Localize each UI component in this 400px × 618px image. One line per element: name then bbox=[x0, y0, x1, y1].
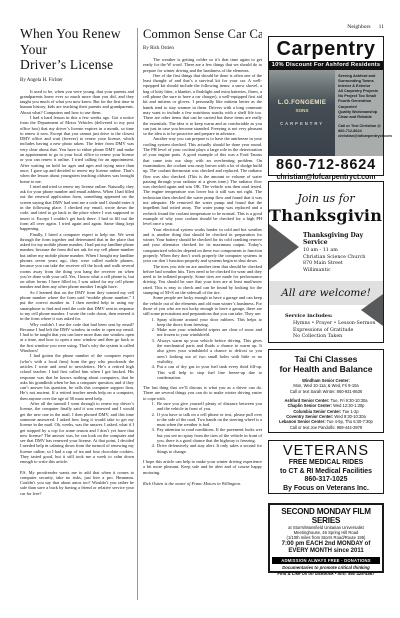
truck-sons-label: SONS bbox=[269, 108, 335, 113]
paragraph: The last thing that we’ll discuss is wha… bbox=[143, 385, 262, 401]
paragraph: Another way you can prepare is to have t… bbox=[143, 136, 262, 226]
title-line-1: When You Renew Your bbox=[20, 26, 134, 57]
postscript: P.S. My proofreader wants me to add that… bbox=[20, 470, 134, 496]
paragraph: One of the first things that should be d… bbox=[143, 73, 262, 137]
windham-schedule: Windham Senior Center: Mon, Wed 10-11a; … bbox=[269, 378, 383, 394]
byline: By Angela H. Fichter bbox=[20, 78, 134, 83]
carpentry-ad: Carpentry 10% Discount For Ashford Resid… bbox=[268, 36, 384, 176]
list-item: If you have to talk on a cell phone or t… bbox=[156, 412, 262, 428]
list-item: Always warm up your vehicle before drivi… bbox=[156, 338, 262, 364]
tai-chi-title: Tai Chi Classes for Health and Balance bbox=[269, 355, 383, 374]
byline: By Rick Ostien bbox=[143, 46, 262, 51]
includes-item: No Collection Taken bbox=[293, 334, 383, 340]
veterans-phone: 860-317-1025 bbox=[269, 476, 383, 485]
center-times: Tue 1-2p bbox=[341, 409, 358, 414]
service-item: Clean and Reliable bbox=[338, 115, 381, 120]
truck-company-name: L.O.FONGEMIE bbox=[269, 100, 335, 106]
right-triangle-decoration bbox=[361, 294, 383, 326]
list-item: Drive defensively and stay alert. It onl… bbox=[156, 443, 262, 454]
center-times: Tue 4-5p, Thu 6:30-7:30p bbox=[326, 419, 373, 424]
page-header: Neighbors11 bbox=[280, 24, 384, 30]
paragraph: I had gotten the phone number of the com… bbox=[20, 353, 134, 401]
paragraph: Why couldn’t I use the code that had bee… bbox=[20, 322, 134, 354]
other-centers-schedule: Ashford Senior Center: Tue, Fri 9:30-10:… bbox=[269, 398, 383, 430]
tai-chi-ad: Tai Chi Classes for Health and Balance W… bbox=[268, 349, 384, 433]
center-times: Tue, Fri 9:30-10:30a bbox=[330, 398, 368, 403]
center-line: Lebanon Senior Center: Tue 4-5p, Thu 6:3… bbox=[269, 419, 383, 424]
list-item: Spray silicone around your door rubbers.… bbox=[156, 317, 262, 328]
veterans-title: VETERANS bbox=[269, 444, 383, 459]
section-label: Neighbors bbox=[347, 24, 370, 30]
service-item: Serving Ashford and Surrounding Towns bbox=[338, 74, 381, 84]
service-title: Thanksgiving Day Service bbox=[303, 232, 383, 246]
carpentry-photo-row: L.O.FONGEMIE SONS CARPENTRY Serving Ashf… bbox=[269, 70, 383, 156]
paragraph: The tires you ride on are another item t… bbox=[143, 264, 262, 296]
church-address: 870 Main Street bbox=[303, 261, 383, 268]
author-credit: Rick Ostien is the owner of Franc Motors… bbox=[143, 481, 262, 486]
veterans-line: FREE MEDICAL RIDES bbox=[269, 459, 383, 468]
church-city: Willimantic bbox=[303, 268, 383, 275]
paragraph: After all the turmoil I went through to … bbox=[20, 401, 134, 465]
paragraph: Some people are lucky enough to have a g… bbox=[143, 295, 262, 316]
tai-chi-contact: Call or text Joe Pandolfo: 959-444-3979 bbox=[269, 425, 383, 430]
newspaper-page: When You Renew Your Driver’s License By … bbox=[0, 0, 400, 618]
paragraph: So I learned that on the DMV form they w… bbox=[20, 290, 134, 322]
list-item: Pay attention to road conditions. If the… bbox=[156, 427, 262, 443]
thanksgiving-title: Thanksgiving bbox=[269, 206, 383, 225]
film-contact: Find & Like Us on facebook • info: 860 4… bbox=[270, 571, 382, 577]
list-item: Be sure you give yourself plenty of dist… bbox=[156, 401, 262, 412]
list-item: Put a can of dry gas in your fuel tank e… bbox=[156, 364, 262, 380]
list-item: Make sure your windshield wipers are cle… bbox=[156, 327, 262, 338]
page-number: 11 bbox=[379, 24, 384, 30]
film-series-ad: SECOND MONDAY FILM SERIES at Storrs/Mans… bbox=[268, 503, 384, 573]
title-line-2: for Health and Balance bbox=[269, 365, 383, 375]
paragraph: Finally, I hired a computer expert to he… bbox=[20, 232, 134, 290]
center-contact: Call or text Sarah Winter: 860-931-8636 bbox=[269, 389, 383, 394]
admission-banner: ADMISSION ALWAYS FREE - DONATIONS WELCOM… bbox=[272, 557, 380, 564]
truck-photo: L.O.FONGEMIE SONS CARPENTRY bbox=[269, 70, 335, 156]
paragraph: It used to be, when you were young, that… bbox=[20, 89, 134, 115]
column-divider bbox=[137, 28, 138, 600]
paragraph: I tried and tried to renew my license on… bbox=[20, 184, 134, 232]
carpentry-services-list: Serving Ashford and Surrounding Towns In… bbox=[335, 70, 383, 156]
paragraph: Your electrical system works harder in c… bbox=[143, 227, 262, 264]
film-series-title: SECOND MONDAY FILM SERIES bbox=[270, 507, 382, 525]
veterans-org: By Focus on Veterans Inc. bbox=[269, 485, 383, 494]
service-info: Thanksgiving Day Service 10 am - 11 am C… bbox=[303, 232, 383, 274]
carpentry-ad-title: Carpentry bbox=[269, 37, 383, 61]
truck-carpentry-label: CARPENTRY bbox=[269, 121, 335, 126]
center-name: Coventry Senior Center: bbox=[286, 414, 333, 419]
title-line-2: Driver’s License bbox=[20, 57, 134, 73]
closing-paragraph: I hope this article can help to make you… bbox=[143, 459, 262, 475]
paragraph: The weather is getting colder so it’s th… bbox=[143, 57, 262, 73]
thanksgiving-ad: Join us for Thanksgiving Thanksgiving Da… bbox=[268, 181, 384, 343]
driver-tips-list: Be sure you give yourself plenty of dist… bbox=[147, 401, 262, 454]
veterans-ad: VETERANS FREE MEDICAL RIDES to CT & RI M… bbox=[268, 440, 384, 494]
veterans-line: to CT & RI Medical Facilities bbox=[269, 468, 383, 477]
article-car-care: Common Sense Car Care By Rick Ostien The… bbox=[143, 27, 262, 602]
article-title: Common Sense Car Care bbox=[143, 27, 262, 41]
contact-email: christian@lofcarpentryct.com bbox=[338, 134, 381, 139]
article-title: When You Renew Your Driver’s License bbox=[20, 26, 134, 73]
service-item: Quality Workmanship bbox=[338, 110, 381, 115]
left-triangle-decoration bbox=[269, 224, 299, 270]
join-us-line: Join us for bbox=[269, 192, 383, 205]
center-times: Wed 12:30-1:30p bbox=[332, 403, 364, 408]
showtime-line: EVERY MONTH since 2011 bbox=[270, 548, 382, 555]
discount-banner: 10% Discount For Ashford Residents bbox=[269, 61, 383, 70]
venue-line: (1/10th miles from Storrs Road/Route 195… bbox=[270, 535, 382, 540]
service-time: 10 am - 11 am bbox=[303, 248, 383, 255]
paragraph: I had a hard lesson in this a few weeks … bbox=[20, 115, 134, 184]
showtime-line: 7:00 pm EACH 2nd MONDAY of bbox=[270, 541, 382, 548]
center-name: Columbia Senior Center: bbox=[293, 409, 341, 414]
article-drivers-license: When You Renew Your Driver’s License By … bbox=[20, 26, 134, 592]
service-item: Fourth Generation Carpenter! bbox=[338, 99, 381, 109]
center-name: Chaplin Senior Center: bbox=[288, 403, 332, 408]
center-times: Wed 9:30-10:30a bbox=[333, 414, 365, 419]
carpentry-phone-number: 860-712-8624 bbox=[269, 157, 383, 174]
center-name: Lebanon Senior Center: bbox=[279, 419, 325, 424]
center-name: Ashford Senior Center: bbox=[284, 398, 329, 403]
winter-prep-list: Spray silicone around your door rubbers.… bbox=[147, 317, 262, 381]
